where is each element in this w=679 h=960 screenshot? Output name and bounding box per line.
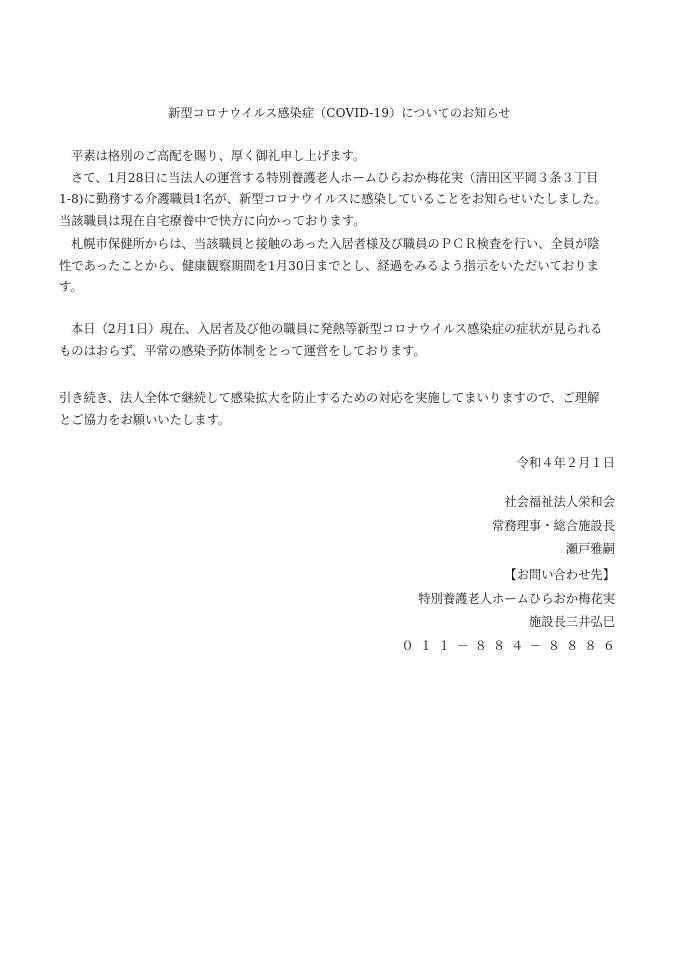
sender-name: 瀬戸雅嗣 (492, 538, 615, 562)
paragraph-line: 札幌市保健所からは、当該職員と接触のあった入居者様及び職員のＰＣＲ検査を行い、全… (59, 234, 639, 256)
contact-person: 施設長三井弘巳 (401, 611, 615, 635)
document-date: 令和４年２月１日 (517, 452, 615, 476)
paragraph-line: 当該職員は現在自宅療養中で快方に向かっております。 (59, 211, 639, 233)
paragraph-line: 本日（2月1日）現在、入居者及び他の職員に発熱等新型コロナウイルス感染症の症状が… (59, 319, 639, 341)
sender-position: 常務理事・総合施設長 (492, 515, 615, 539)
paragraph-line: さて、1月28日に当法人の運営する特別養護老人ホームひらおか梅花実（清田区平岡３… (59, 168, 639, 190)
paragraph-line: 性であったことから、健康観察期間を1月30日までとし、経過をみるよう指示をいただ… (59, 256, 639, 278)
sender-organization: 社会福祉法人栄和会 (492, 491, 615, 515)
contact-phone: ０１１－８８４－８８８６ (401, 635, 621, 659)
paragraph-line: とご協力をお願いいたします。 (59, 410, 639, 432)
paragraph-line: 1-8)に勤務する介護職員1名が、新型コロナウイルスに感染していることをお知らせ… (59, 189, 639, 211)
document-date-block: 令和４年２月１日 (517, 452, 615, 476)
paragraph-health-center: 札幌市保健所からは、当該職員と接触のあった入居者様及び職員のＰＣＲ検査を行い、全… (59, 234, 639, 299)
contact-facility: 特別養護老人ホームひらおか梅花実 (401, 588, 615, 612)
sender-block: 社会福祉法人栄和会 常務理事・総合施設長 瀬戸雅嗣 (492, 491, 615, 562)
paragraph-line: 平素は格別のご高配を賜り、厚く御礼申し上げます。 (59, 146, 639, 168)
paragraph-current-status: 本日（2月1日）現在、入居者及び他の職員に発熱等新型コロナウイルス感染症の症状が… (59, 319, 639, 362)
contact-block: 【お問い合わせ先】 特別養護老人ホームひらおか梅花実 施設長三井弘巳 ０１１－８… (401, 564, 615, 658)
paragraph-line: ものはおらず、平常の感染予防体制をとって運営をしております。 (59, 341, 639, 363)
paragraph-greeting: 平素は格別のご高配を賜り、厚く御礼申し上げます。 さて、1月28日に当法人の運営… (59, 146, 639, 232)
paragraph-closing: 引き続き、法人全体で継続して感染拡大を防止するための対応を実施してまいりますので… (59, 388, 639, 431)
document-page: 新型コロナウイルス感染症（COVID-19）についてのお知らせ 平素は格別のご高… (0, 0, 679, 960)
paragraph-line: す。 (59, 277, 639, 299)
contact-heading: 【お問い合わせ先】 (401, 564, 615, 588)
document-title: 新型コロナウイルス感染症（COVID-19）についてのお知らせ (0, 104, 679, 121)
paragraph-line: 引き続き、法人全体で継続して感染拡大を防止するための対応を実施してまいりますので… (59, 388, 639, 410)
